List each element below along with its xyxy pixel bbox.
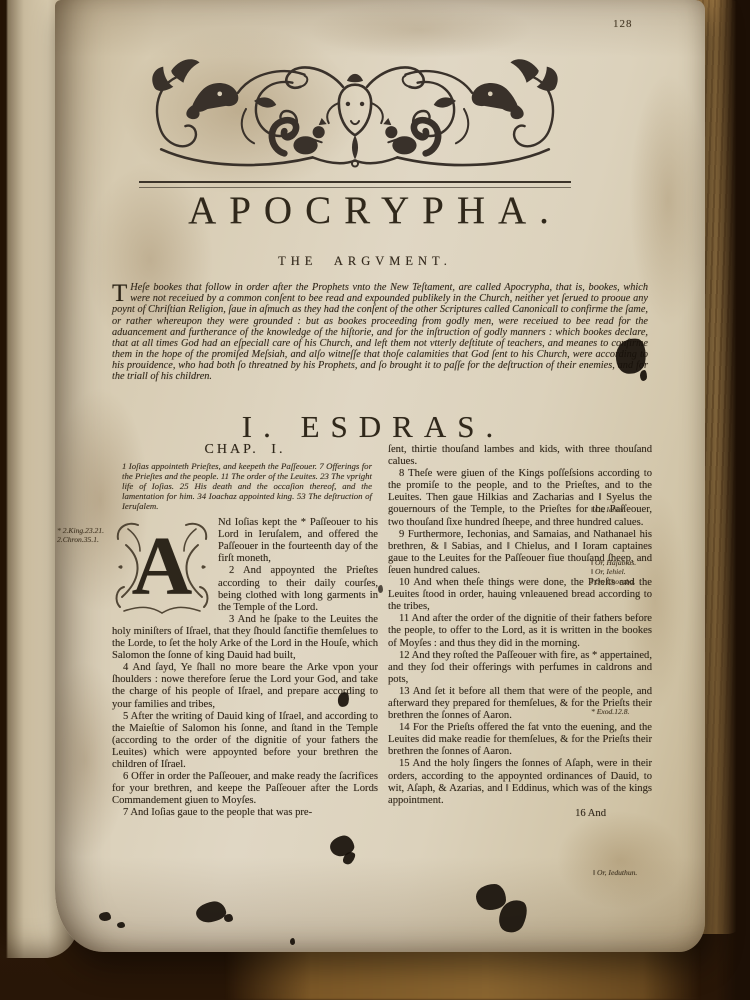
verse-3: 3 And he ſpake to the Leuites the holy m…	[112, 614, 378, 662]
verse-7-continuation: ſent, thirtie thouſand lambes and kids, …	[388, 444, 652, 468]
ink-speck	[378, 585, 383, 593]
left-column: CHAP. I. 1 Ioſias appointeth Prieſtes, a…	[112, 444, 378, 820]
argument-text: Heſe bookes that follow in order after t…	[112, 282, 648, 382]
margin-note-syelus: ‖ Or, Iehiel.	[591, 505, 649, 514]
section-title: APOCRYPHA.	[85, 188, 655, 233]
ink-blot	[640, 370, 647, 381]
verse-12: 12 And they roſted the Paſſeouer with fi…	[388, 650, 652, 686]
two-column-text: CHAP. I. 1 Ioſias appointeth Prieſtes, a…	[112, 444, 652, 820]
catchword: 16 And	[388, 808, 652, 820]
margin-note-sabias: ‖ Or, Haſabias.	[591, 558, 649, 567]
verse-8: 8 Theſe were giuen of the Kings poſſeſsi…	[388, 468, 652, 528]
chapter-summary: 1 Ioſias appointeth Prieſtes, and keepet…	[122, 461, 372, 511]
initial-letter-A: A	[112, 517, 212, 614]
argument-paragraph: THeſe bookes that follow in order after …	[112, 282, 648, 382]
margin-note-group: ‖ Or, Haſabias. ‖ Or, Iehiel. ‖ Or, Chor…	[591, 558, 649, 586]
verse-1-text: Nd Ioſias kept the * Paſſeouer to his Lo…	[218, 517, 378, 564]
wood-right-shadow	[716, 0, 750, 1000]
argument-heading: THE ARGVMENT.	[85, 254, 645, 269]
verse-13: 13 And ſet it before all them that were …	[388, 686, 652, 722]
ink-blot	[290, 938, 295, 945]
margin-note-eddinus: ‖ Or, Ieduthun.	[593, 868, 651, 877]
book-title: I. ESDRAS.	[85, 409, 653, 445]
photograph-of-open-bible: 128	[0, 0, 750, 1000]
margin-note-ioram: ‖ Or, Choraba.	[591, 577, 649, 586]
verse-11: 11 And after the order of the dignitie o…	[388, 613, 652, 649]
headpiece-woodcut	[141, 48, 569, 178]
verse-14: 14 For the Prieſts offered the fat vnto …	[388, 722, 652, 758]
page-number: 128	[613, 18, 633, 30]
margin-note-exodus: * Exod.12.8.	[591, 707, 649, 716]
margin-note-kings-ref: * 2.King.23.21. 2.Chron.35.1.	[57, 526, 115, 545]
verse-7-partial: 7 And Ioſias gaue to the people that was…	[112, 807, 378, 819]
margin-note-chielus: ‖ Or, Iehiel.	[591, 567, 649, 576]
ink-blot	[99, 912, 111, 921]
ink-blot	[195, 900, 228, 924]
chapter-heading: CHAP. I.	[112, 444, 378, 456]
printed-page: 128	[55, 0, 705, 952]
wood-highlight-band	[225, 948, 700, 1000]
right-column: ſent, thirtie thouſand lambes and kids, …	[388, 444, 652, 820]
verse-1: ANd Ioſias kept the * Paſſeouer to his L…	[112, 517, 378, 565]
ink-blot	[117, 922, 125, 928]
verse-15: 15 And the holy ſingers the ſonnes of Aſ…	[388, 758, 652, 806]
double-rule-divider	[139, 181, 571, 188]
verse-6: 6 Offer in order the Paſſeouer, and make…	[112, 771, 378, 807]
decorated-initial-A-block: A	[112, 519, 212, 616]
initial-letter-T: T	[112, 282, 130, 304]
ink-blot	[224, 914, 233, 922]
ink-blot	[476, 884, 506, 910]
verse-5: 5 After the writing of Dauid king of Iſr…	[112, 711, 378, 771]
